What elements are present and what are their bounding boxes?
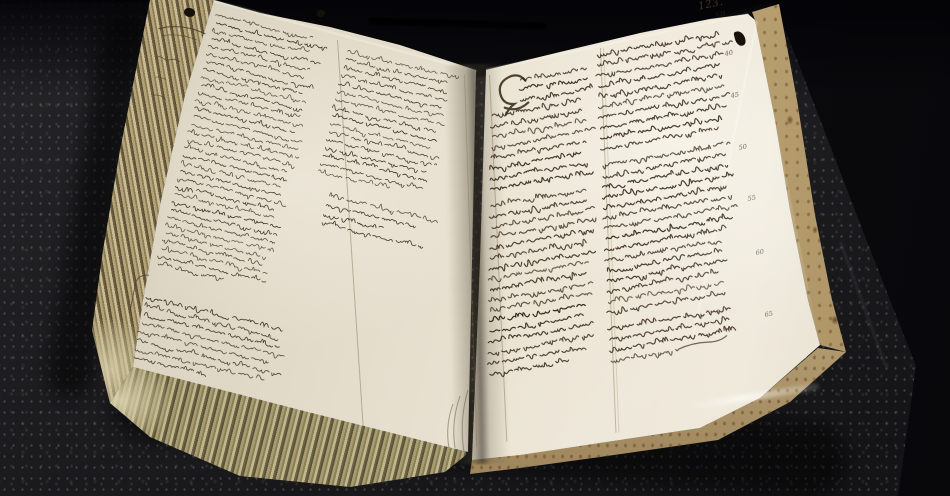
right-page-content-column-b (594, 42, 596, 44)
display-case-scene: 123. 135. 40 45 50 55 60 65 (0, 0, 950, 496)
